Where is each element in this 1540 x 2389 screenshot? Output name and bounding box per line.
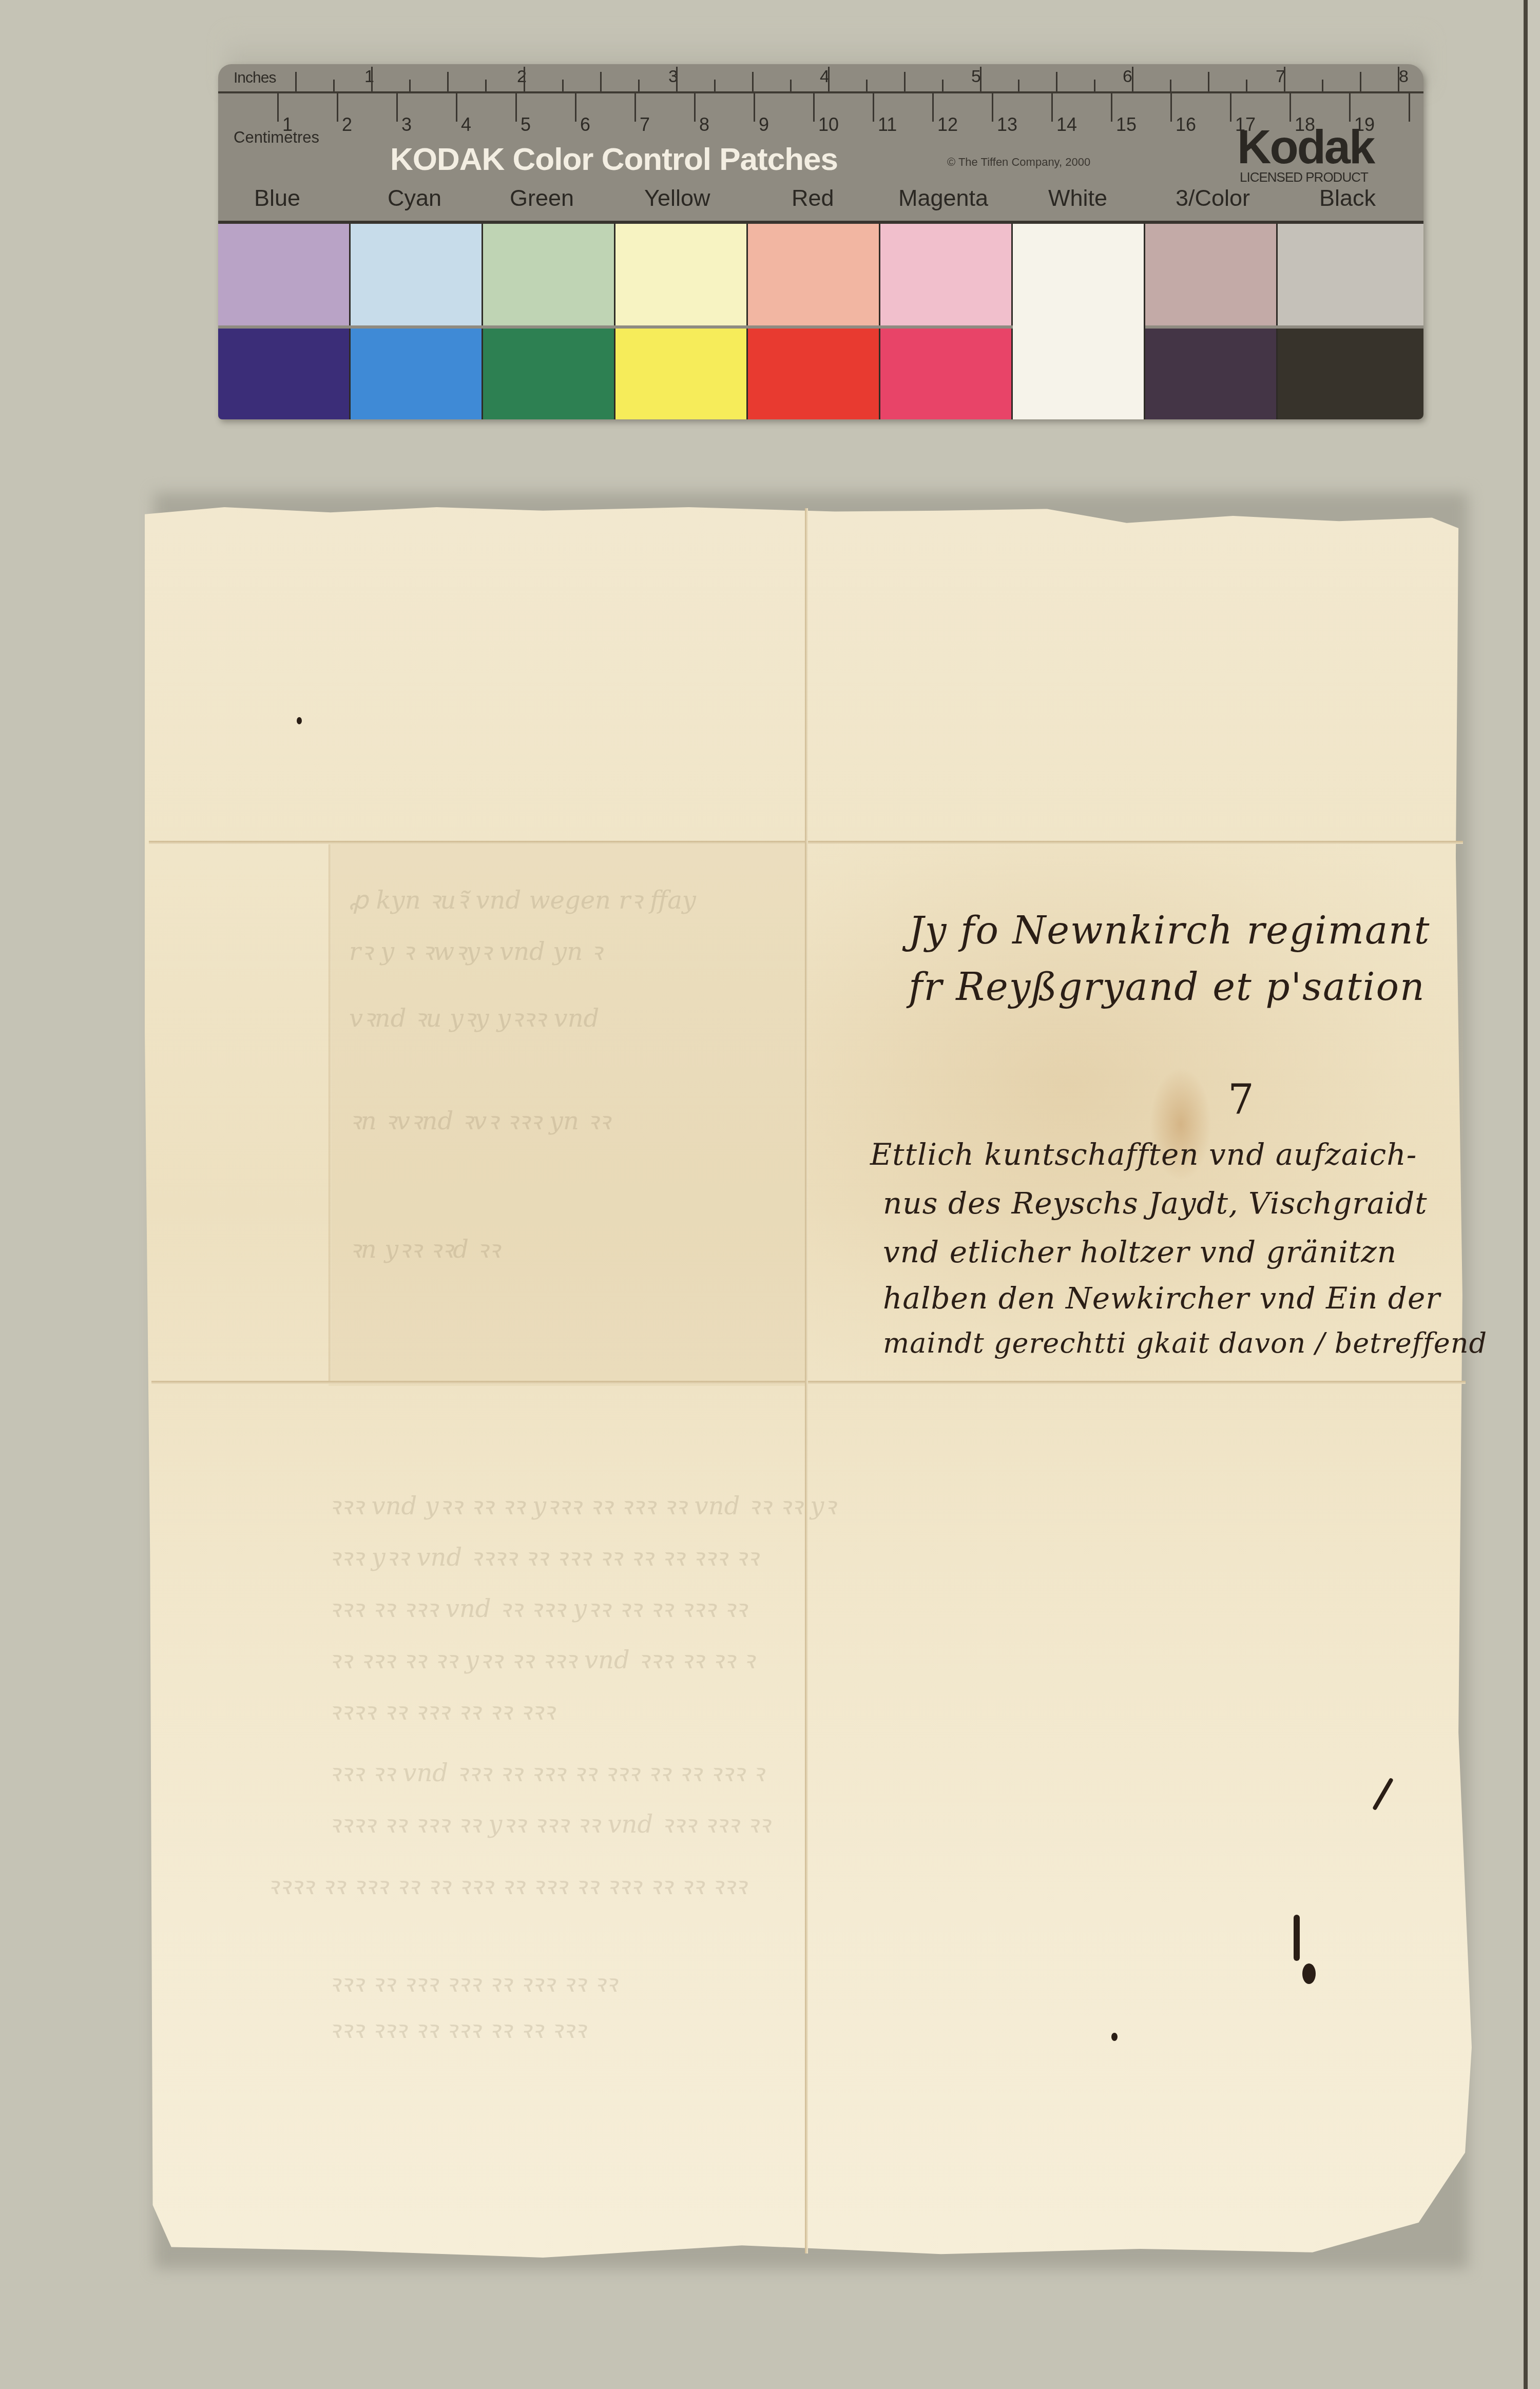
patch-label-red: Red <box>792 185 834 211</box>
cm-number: 6 <box>580 114 590 136</box>
ink-mark <box>1294 1915 1300 1961</box>
cm-number: 9 <box>759 114 769 136</box>
patch-label-white: White <box>1048 185 1107 211</box>
patch-cyan-dark <box>351 329 483 419</box>
color-patches <box>218 221 1423 419</box>
patch-white <box>1013 224 1145 419</box>
heading-line-1: Jy fo Newnkirch regimant <box>909 909 1430 953</box>
patch-yellow-light <box>615 224 748 325</box>
patch-black-light <box>1278 224 1423 325</box>
fold-line-lower <box>151 1381 1466 1384</box>
inch-number: 6 <box>1123 67 1132 87</box>
body-line-1: Ettlich kuntschafften vnd aufzaich- <box>870 1137 1417 1172</box>
cm-number: 11 <box>878 114 897 136</box>
licensed-product-label: LICENSED PRODUCT <box>1240 169 1368 185</box>
fold-line-minor <box>329 844 332 1381</box>
cm-number: 16 <box>1176 114 1196 136</box>
patch-label-cyan: Cyan <box>388 185 441 211</box>
patch-label-blue: Blue <box>254 185 300 211</box>
patch-3color-light <box>1145 224 1278 325</box>
cm-number: 12 <box>937 114 958 136</box>
body-line-4: halben den Newkircher vnd Ein der <box>883 1281 1440 1316</box>
patch-label-magenta: Magenta <box>898 185 988 211</box>
patch-cyan-light <box>351 224 483 325</box>
inches-label: Inches <box>234 69 276 87</box>
heading-line-2: fr Reyßgryand et p'sation <box>909 965 1426 1009</box>
body-line-5: maindt gerechtti gkait davon / betreffen… <box>883 1327 1487 1359</box>
body-line-3: vnd etlicher holtzer vnd gränitzn <box>883 1235 1397 1269</box>
patch-red-light <box>748 224 880 325</box>
board-strip <box>1528 0 1540 2389</box>
body-line-2: nus des Reyschs Jaydt, Vischgraidt <box>883 1186 1427 1221</box>
cm-number: 5 <box>521 114 531 136</box>
board-edge <box>1524 0 1528 2389</box>
cm-number: 13 <box>997 114 1017 136</box>
patch-label-yellow: Yellow <box>644 185 710 211</box>
patch-magenta-light <box>880 224 1013 325</box>
patch-green-light <box>483 224 615 325</box>
cm-number: 14 <box>1056 114 1077 136</box>
patch-black-dark <box>1278 329 1423 419</box>
inch-number: 2 <box>517 67 527 87</box>
cm-number: 3 <box>401 114 412 136</box>
folio-number: 7 <box>1228 1075 1254 1123</box>
ink-spot <box>297 717 302 724</box>
centimetres-label: Centimetres <box>234 128 319 147</box>
patch-green-dark <box>483 329 615 419</box>
inch-number: 1 <box>364 67 374 87</box>
kodak-logo: Kodak <box>1237 121 1374 175</box>
inch-number: 8 <box>1399 67 1409 87</box>
cm-number: 8 <box>699 114 709 136</box>
patch-red-dark <box>748 329 880 419</box>
patch-yellow-dark <box>615 329 748 419</box>
kodak-color-card: Inches 1 2 3 4 5 6 7 8 <box>218 64 1423 419</box>
patch-label-green: Green <box>510 185 574 211</box>
inch-ruler: Inches 1 2 3 4 5 6 7 8 <box>218 64 1423 93</box>
cm-number: 7 <box>640 114 650 136</box>
cm-number: 2 <box>342 114 352 136</box>
card-title: KODAK Color Control Patches <box>390 141 838 178</box>
patch-3color-dark <box>1145 329 1278 419</box>
fold-line-vertical <box>805 508 808 2253</box>
ink-spot <box>1111 2033 1118 2041</box>
patch-label-black: Black <box>1319 185 1376 211</box>
patch-label-3color: 3/Color <box>1176 185 1250 211</box>
copyright-notice: © The Tiffen Company, 2000 <box>947 156 1090 169</box>
cm-number: 10 <box>818 114 839 136</box>
cm-number: 15 <box>1116 114 1137 136</box>
patch-blue-dark <box>218 329 351 419</box>
cm-number: 4 <box>461 114 471 136</box>
patch-magenta-dark <box>880 329 1013 419</box>
patch-blue-light <box>218 224 351 325</box>
ink-blot <box>1302 1963 1316 1984</box>
